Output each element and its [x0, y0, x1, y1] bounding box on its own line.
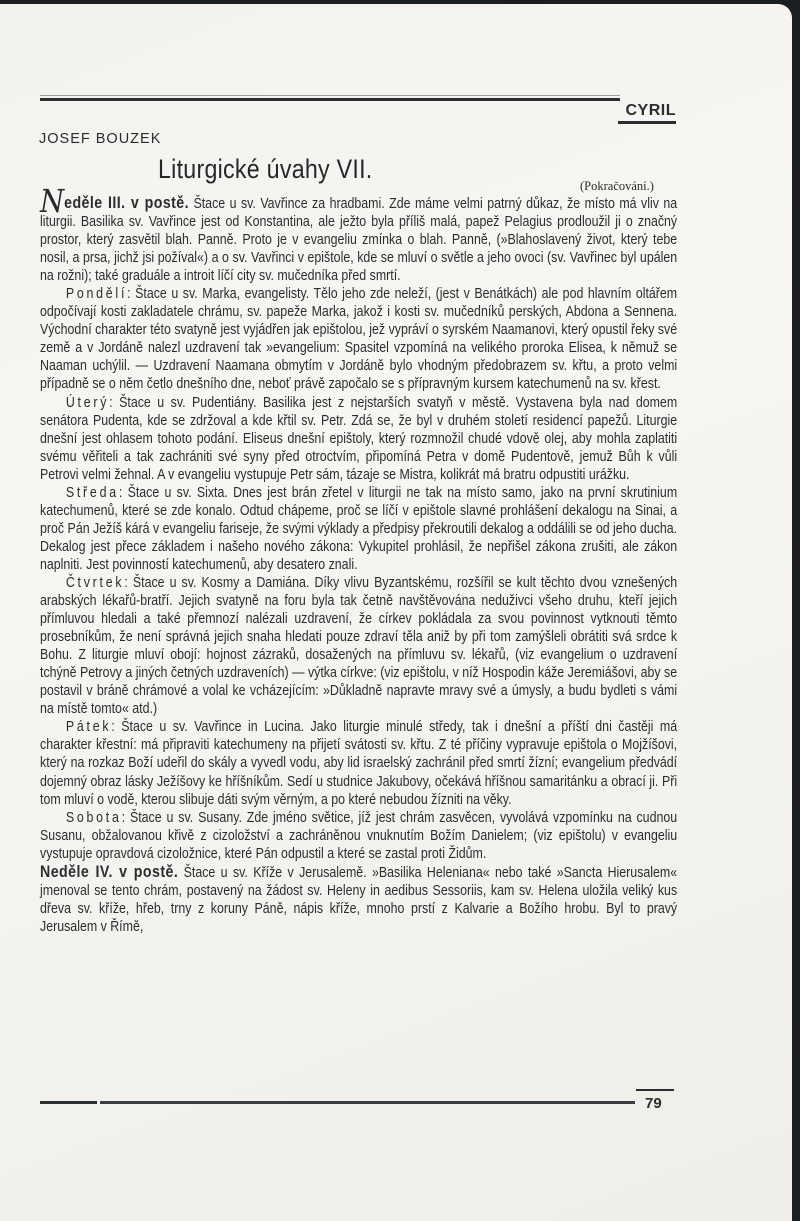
- article-title: Liturgické úvahy VII.: [158, 154, 373, 185]
- header-rule-thin: [40, 95, 620, 96]
- day-label: Čtvrtek: [66, 575, 125, 591]
- paragraph-utery: Úterý: Štace u sv. Pudentiány. Basilika …: [40, 394, 677, 484]
- magazine-page: CYRIL JOSEF BOUZEK Liturgické úvahy VII.…: [0, 4, 792, 1221]
- paragraph-heading: eděle III. v postě.: [64, 194, 189, 212]
- paragraph-text: : Štace u sv. Kosmy a Damiána. Díky vliv…: [40, 575, 677, 717]
- journal-underline: [618, 121, 676, 124]
- header-rule: [40, 98, 620, 101]
- footer-rule: [100, 1101, 635, 1104]
- paragraph-heading: Neděle IV. v postě.: [40, 863, 178, 881]
- day-label: Sobota: [66, 810, 122, 826]
- day-label: Středa: [66, 485, 119, 501]
- paragraph-patek: Pátek: Štace u sv. Vavřince in Lucina. J…: [40, 718, 677, 808]
- paragraph-text: : Štace u sv. Susany. Zde jméno světice,…: [40, 810, 677, 862]
- paragraph-text: : Štace u sv. Pudentiány. Basilika jest …: [40, 395, 677, 483]
- article-author: JOSEF BOUZEK: [39, 131, 161, 147]
- article-body: Neděle III. v postě. Štace u sv. Vavřinc…: [40, 192, 677, 936]
- page-number: 79: [645, 1095, 662, 1112]
- article-text: Neděle III. v postě. Štace u sv. Vavřinc…: [40, 192, 677, 936]
- day-label: Pondělí: [66, 286, 127, 302]
- day-label: Úterý: [66, 395, 109, 411]
- footer-rule-left: [40, 1101, 97, 1104]
- page-number-rule: [636, 1089, 674, 1091]
- paragraph-sobota: Sobota: Štace u sv. Susany. Zde jméno sv…: [40, 809, 677, 863]
- paragraph-text: : Štace u sv. Sixta. Dnes jest brán zřet…: [40, 485, 677, 573]
- paragraph-nedele-3: Neděle III. v postě. Štace u sv. Vavřinc…: [40, 192, 677, 285]
- paragraph-streda: Středa: Štace u sv. Sixta. Dnes jest brá…: [40, 484, 677, 574]
- day-label: Pátek: [66, 719, 111, 735]
- journal-name: CYRIL: [620, 102, 676, 120]
- paragraph-pondeli: Pondělí: Štace u sv. Marka, evangelisty.…: [40, 285, 677, 393]
- paragraph-nedele-4: Neděle IV. v postě. Štace u sv. Kříže v …: [40, 863, 677, 936]
- paragraph-text: : Štace u sv. Marka, evangelisty. Tělo j…: [40, 286, 677, 392]
- paragraph-text: : Štace u sv. Vavřince in Lucina. Jako l…: [40, 719, 677, 807]
- paragraph-ctvrtek: Čtvrtek: Štace u sv. Kosmy a Damiána. Dí…: [40, 574, 677, 718]
